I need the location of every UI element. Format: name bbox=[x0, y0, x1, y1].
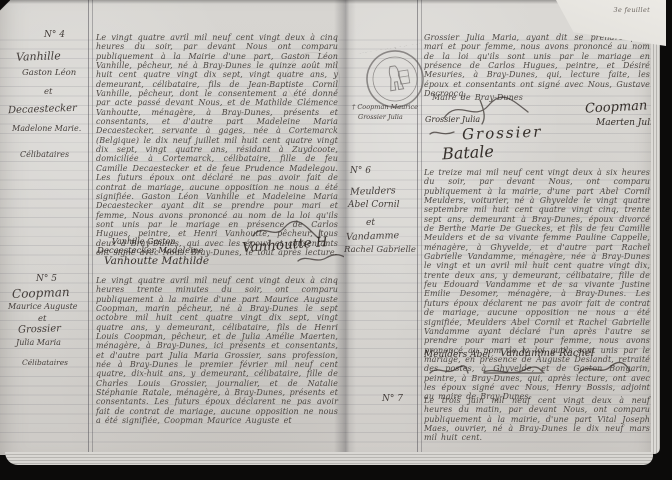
act-number: N° 7 bbox=[382, 394, 403, 404]
act-number: N° 5 bbox=[36, 274, 57, 284]
signature-flourish bbox=[296, 252, 344, 266]
margin-name: Coopman bbox=[12, 285, 70, 301]
signature: Maerten Julia bbox=[596, 118, 652, 128]
folio-label: 3e feuillet bbox=[614, 6, 650, 14]
left-page: N° 4 Vanhille Gaston Léon et Decaestecke… bbox=[0, 0, 344, 455]
signature: Vanhoutte Mathilde bbox=[104, 255, 209, 267]
stamp-text: RÉPUBLIQUE FRANÇAISE bbox=[360, 44, 431, 56]
act-number: N° 6 bbox=[350, 166, 371, 176]
margin-et: et bbox=[38, 314, 46, 324]
signature-flourish bbox=[428, 128, 456, 138]
corner-notch bbox=[0, 0, 10, 12]
act-4-text: Le vingt quatre avril mil neuf cent ving… bbox=[96, 33, 338, 235]
act-5-text: Le vingt quatre avril mil neuf cent ving… bbox=[96, 276, 338, 426]
margin-name: Meulders bbox=[350, 185, 396, 198]
act-6-text: Le treize mai mil neuf cent vingt deux à… bbox=[424, 168, 650, 352]
act-7-text: Le trois juin mil neuf cent vingt deux à… bbox=[424, 396, 650, 444]
signature-flourish bbox=[428, 364, 470, 378]
margin-mention: Grossier Julia bbox=[358, 113, 403, 121]
act-5-continuation-text: Grossier Julia Maria, ayant dit se prend… bbox=[424, 33, 650, 93]
page-stack-bottom-edge bbox=[5, 452, 653, 465]
margin-name: Madelone Marie. bbox=[12, 124, 81, 133]
photo-backdrop: N° 4 Vanhille Gaston Léon et Decaestecke… bbox=[0, 0, 672, 480]
margin-name: Abel Cornil bbox=[348, 200, 400, 210]
signature: Vanhille Gaston bbox=[112, 237, 176, 246]
top-edge-shadow bbox=[0, 0, 652, 4]
margin-name: Rachel Gabrielle bbox=[344, 245, 416, 255]
margin-name: Gaston Léon bbox=[22, 68, 76, 78]
margin-name: Grossier bbox=[18, 323, 61, 335]
margin-status: Célibataires bbox=[22, 358, 68, 367]
margin-status: Célibataires bbox=[20, 150, 69, 159]
register-spread: N° 4 Vanhille Gaston Léon et Decaestecke… bbox=[0, 0, 652, 455]
signature: Batale bbox=[442, 142, 495, 164]
margin-mention: † Coopman Maurice bbox=[352, 103, 418, 111]
act-number: N° 4 bbox=[44, 30, 65, 40]
signature: Vandamme Rachel bbox=[500, 348, 594, 359]
margin-et: et bbox=[366, 218, 375, 228]
margin-name: Vanhille bbox=[16, 49, 61, 64]
margin-name: Decaestecker bbox=[8, 103, 77, 116]
margin-name: Maurice Auguste bbox=[8, 302, 78, 311]
signature: Coopman bbox=[585, 98, 648, 116]
signature: Grossier bbox=[462, 123, 543, 144]
margin-rule bbox=[88, 0, 93, 455]
signature-flourish bbox=[576, 360, 632, 378]
right-page: RÉPUBLIQUE FRANÇAISE Grossier Julia Mari… bbox=[344, 0, 652, 455]
margin-name: Vandamme bbox=[346, 230, 400, 243]
margin-name: Julia Maria bbox=[16, 338, 61, 347]
page-stack-right-edge bbox=[651, 18, 660, 454]
signature: Meulders Abel bbox=[424, 350, 491, 360]
margin-et: et bbox=[44, 87, 52, 97]
signature: Grossier Julia bbox=[425, 115, 480, 124]
signature-flourish bbox=[482, 366, 546, 378]
